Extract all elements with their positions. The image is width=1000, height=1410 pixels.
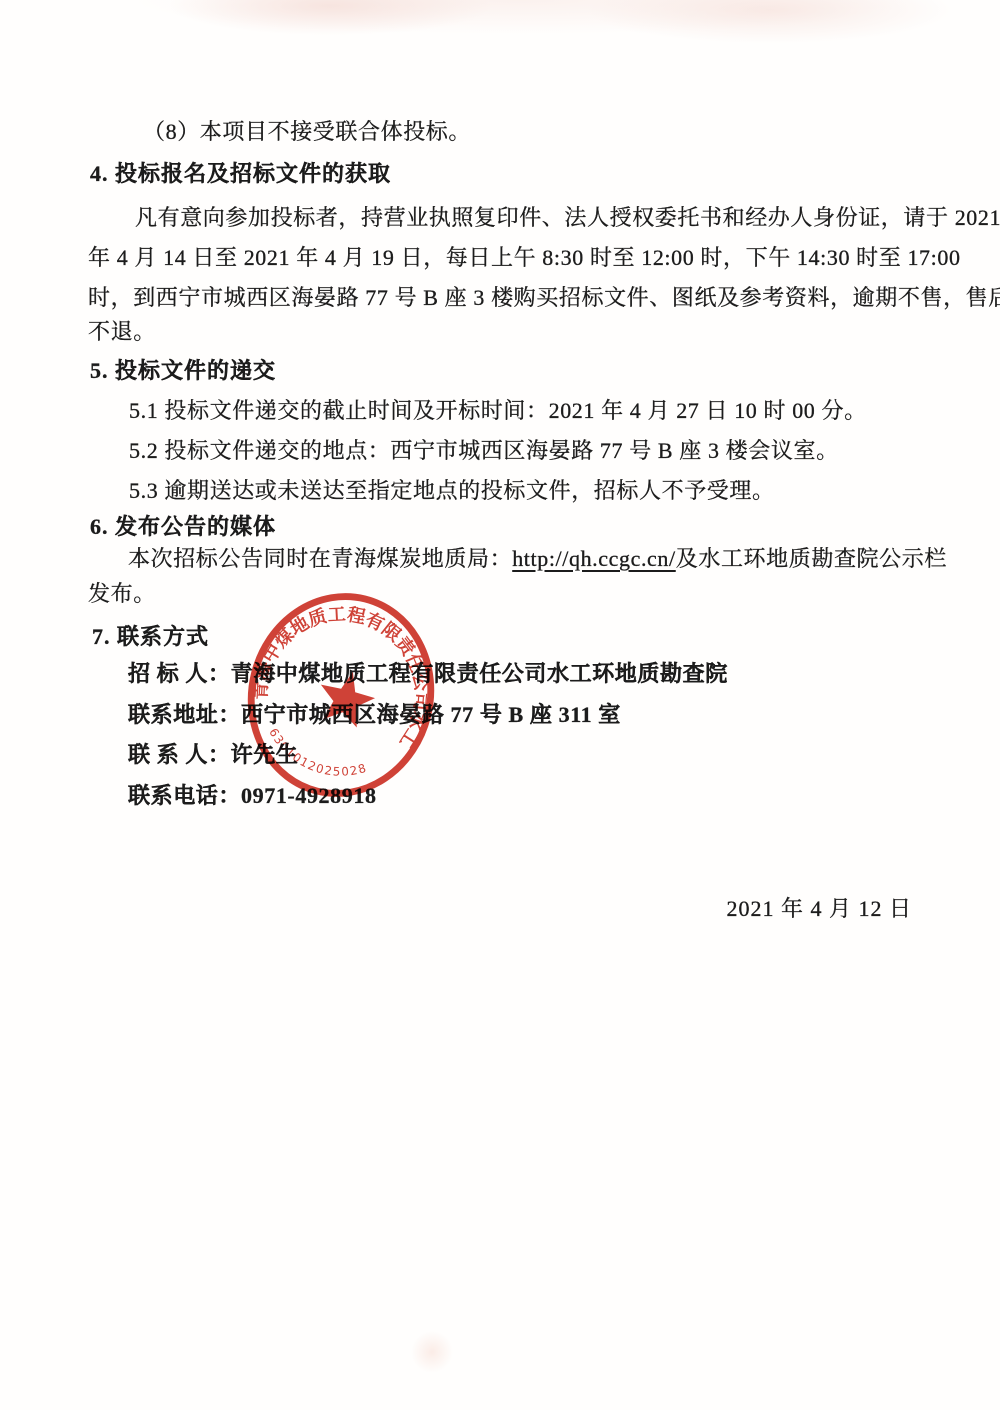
svg-text:青海中煤地质工程有限责任公司水工环地质勘查院: 青海中煤地质工程有限责任公司水工环地质勘查院 <box>243 586 439 754</box>
section-5-heading: 5. 投标文件的递交 <box>90 358 276 384</box>
section-4-heading: 4. 投标报名及招标文件的获取 <box>90 161 391 187</box>
clause-8-text: （8）本项目不接受联合体投标。 <box>143 119 471 145</box>
section-5-item-2: 5.2 投标文件递交的地点：西宁市城西区海晏路 77 号 B 座 3 楼会议室。 <box>129 438 839 464</box>
contact-label: 联系地址： <box>128 702 241 727</box>
section-4-paragraph-line: 不退。 <box>88 319 156 345</box>
media-line-suffix: 及水工环地质勘查院公示栏 <box>676 546 947 571</box>
seal-ring-text: 青海中煤地质工程有限责任公司水工环地质勘查院 <box>243 586 439 754</box>
section-4-paragraph-line: 时，到西宁市城西区海晏路 77 号 B 座 3 楼购买招标文件、图纸及参考资料，… <box>88 285 1000 311</box>
contact-label: 招 标 人： <box>128 661 231 686</box>
svg-text:6301012025028: 6301012025028 <box>259 723 375 787</box>
section-6-heading: 6. 发布公告的媒体 <box>90 514 276 540</box>
section-5-item-1: 5.1 投标文件递交的截止时间及开标时间：2021 年 4 月 27 日 10 … <box>129 398 867 424</box>
announcement-url: http://qh.ccgc.cn/ <box>512 546 676 571</box>
section-6-line-end: 发布。 <box>88 581 156 607</box>
section-4-paragraph-line: 年 4 月 14 日至 2021 年 4 月 19 日，每日上午 8:30 时至… <box>88 245 961 271</box>
seal-star-icon <box>313 665 380 730</box>
official-seal-stamp: 青海中煤地质工程有限责任公司水工环地质勘查院 6301012025028 <box>243 586 439 804</box>
contact-label: 联系电话： <box>128 783 241 808</box>
section-5-item-3: 5.3 逾期送达或未送达至指定地点的投标文件，招标人不予受理。 <box>129 478 775 504</box>
document-date: 2021 年 4 月 12 日 <box>726 896 912 922</box>
section-6-media-line: 本次招标公告同时在青海煤炭地质局：http://qh.ccgc.cn/及水工环地… <box>128 546 947 572</box>
section-7-heading: 7. 联系方式 <box>92 624 209 650</box>
section-4-paragraph-line: 凡有意向参加投标者，持营业执照复印件、法人授权委托书和经办人身份证，请于 202… <box>135 205 1000 231</box>
media-line-prefix: 本次招标公告同时在青海煤炭地质局： <box>128 546 512 571</box>
scanned-document-page: （8）本项目不接受联合体投标。 4. 投标报名及招标文件的获取 凡有意向参加投标… <box>0 0 1000 1410</box>
seal-serial-number: 6301012025028 <box>259 723 375 787</box>
contact-label: 联 系 人： <box>128 742 231 767</box>
